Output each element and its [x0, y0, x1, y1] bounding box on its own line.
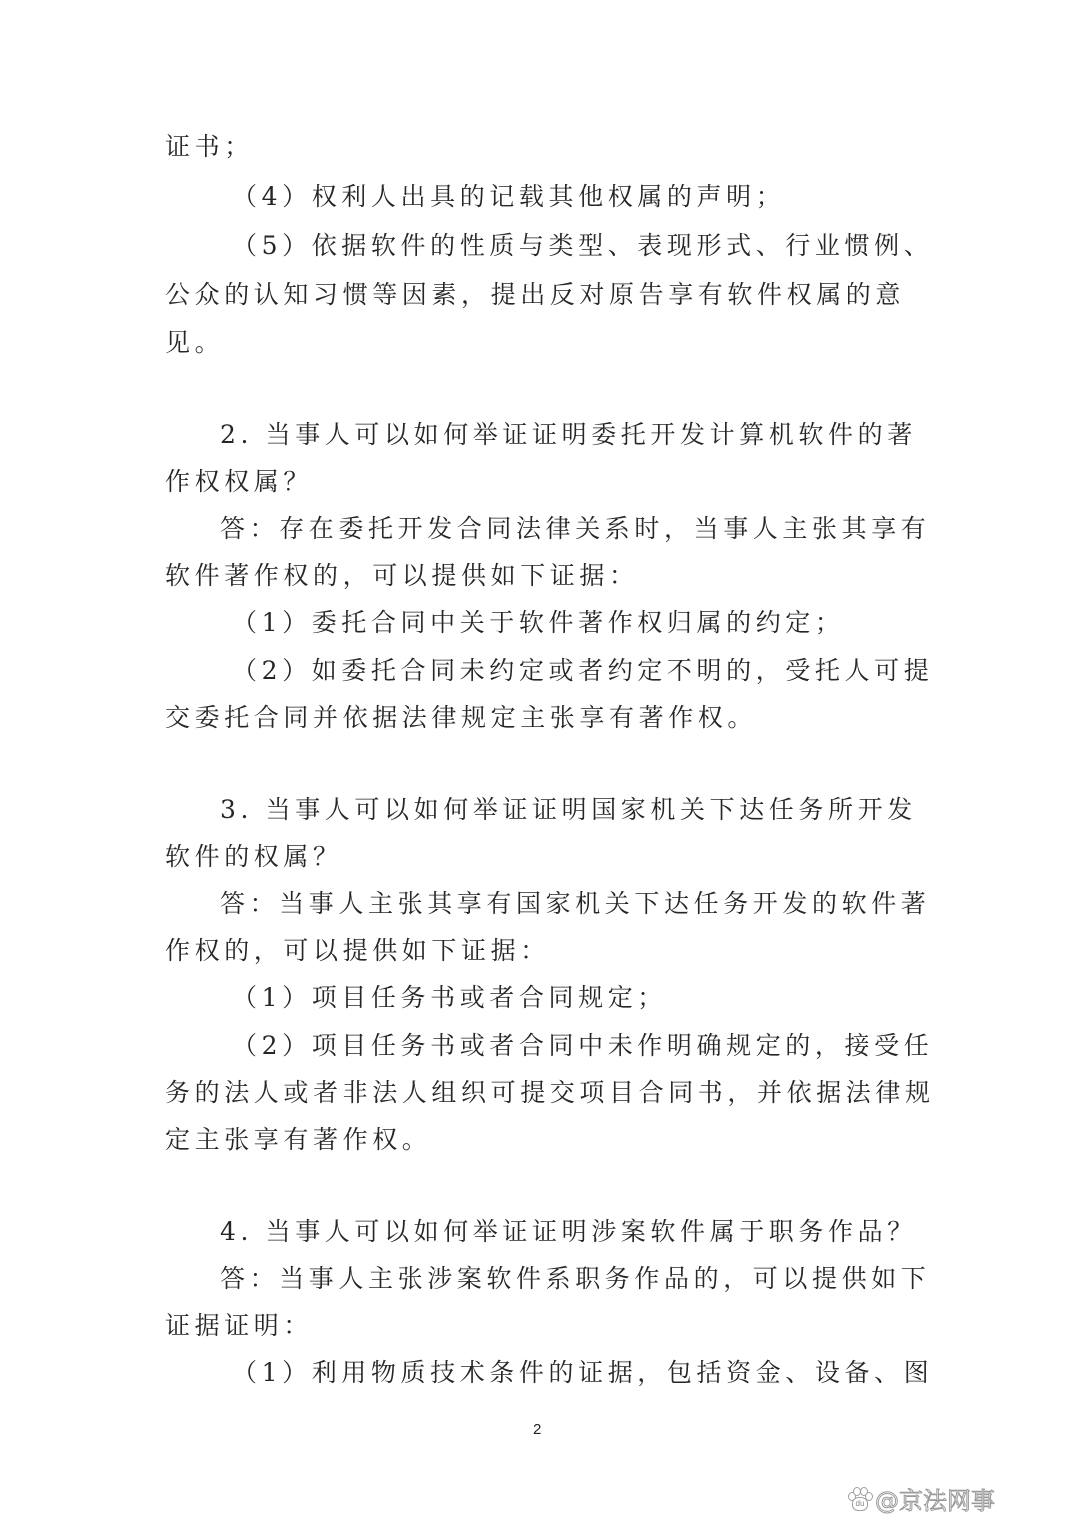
text-line: 答：当事人主张其享有国家机关下达任务开发的软件著: [220, 889, 980, 919]
text-line: 证据证明：: [165, 1311, 925, 1341]
text-line: 交委托合同并依据法律规定主张享有著作权。: [165, 703, 925, 733]
text-line: 软件著作权的，可以提供如下证据：: [165, 561, 925, 591]
text-line: 3. 当事人可以如何举证证明国家机关下达任务所开发: [220, 795, 980, 825]
text-line: （5）依据软件的性质与类型、表现形式、行业惯例、: [232, 231, 992, 261]
watermark-text: @京法网事: [875, 1481, 995, 1516]
text-line: （1）利用物质技术条件的证据，包括资金、设备、图: [232, 1358, 992, 1388]
text-line: 4. 当事人可以如何举证证明涉案软件属于职务作品？: [220, 1217, 980, 1247]
text-line: （4）权利人出具的记载其他权属的声明；: [232, 182, 992, 212]
text-line: （2）如委托合同未约定或者约定不明的，受托人可提: [232, 656, 992, 686]
document-page: 证书；（4）权利人出具的记载其他权属的声明；（5）依据软件的性质与类型、表现形式…: [0, 0, 1080, 1528]
text-line: 证书；: [165, 132, 925, 162]
baidu-paw-icon: du: [847, 1487, 871, 1511]
text-line: （1）项目任务书或者合同规定；: [232, 983, 992, 1013]
text-line: 务的法人或者非法人组织可提交项目合同书，并依据法律规: [165, 1078, 925, 1108]
text-line: （2）项目任务书或者合同中未作明确规定的，接受任: [232, 1031, 992, 1061]
text-line: 公众的认知习惯等因素，提出反对原告享有软件权属的意: [165, 280, 925, 310]
text-line: 2. 当事人可以如何举证证明委托开发计算机软件的著: [220, 420, 980, 450]
watermark: du @京法网事: [847, 1481, 995, 1516]
text-line: 作权的，可以提供如下证据：: [165, 936, 925, 966]
text-line: 定主张享有著作权。: [165, 1125, 925, 1155]
text-line: （1）委托合同中关于软件著作权归属的约定；: [232, 608, 992, 638]
text-line: 答：存在委托开发合同法律关系时，当事人主张其享有: [220, 514, 980, 544]
text-line: 作权权属？: [165, 467, 925, 497]
text-line: 软件的权属？: [165, 842, 925, 872]
page-number: 2: [533, 1421, 541, 1438]
text-line: 答：当事人主张涉案软件系职务作品的，可以提供如下: [220, 1264, 980, 1294]
text-line: 见。: [165, 328, 925, 358]
